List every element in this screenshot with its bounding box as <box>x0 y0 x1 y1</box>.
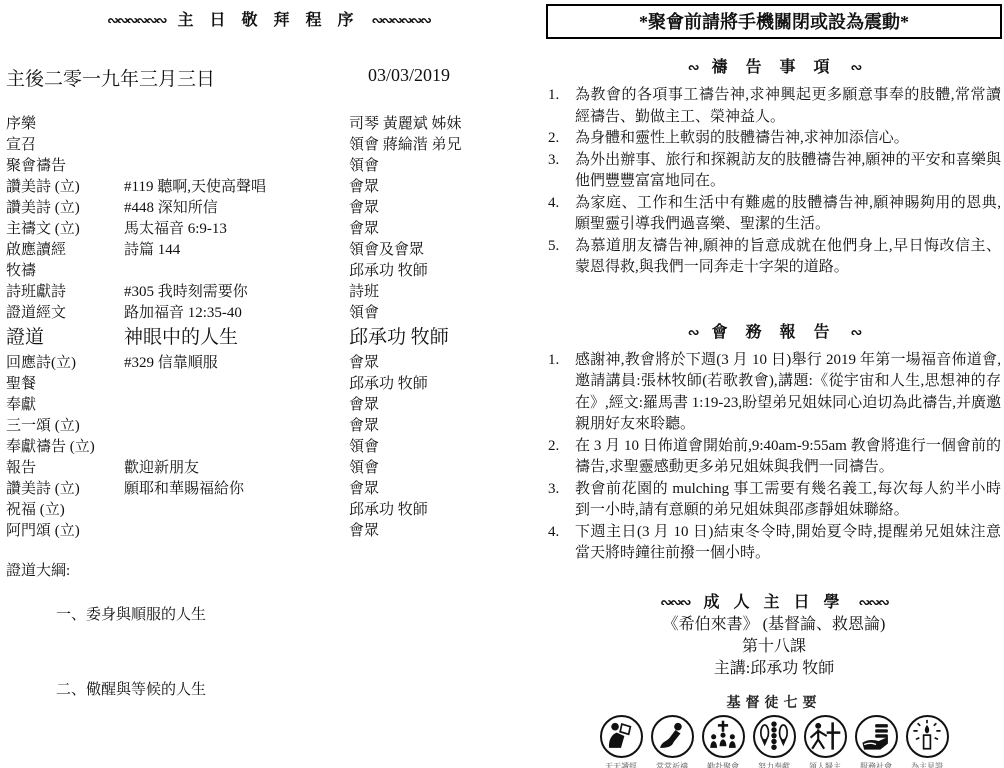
essential-label: 勤赴聚會 <box>707 761 739 768</box>
program-person: 詩班 <box>349 282 537 303</box>
offering-icon <box>753 715 796 758</box>
ornament-left-icon: ∾∾∾ <box>660 595 689 611</box>
program-row-sermon: 證道神眼中的人生邱承功 牧師 <box>0 324 537 353</box>
program-person: 邱承功 牧師 <box>349 324 537 353</box>
essential-label: 努力奉獻 <box>758 761 790 768</box>
ornament-right-icon: ∾ <box>851 60 861 76</box>
essential-label: 天天讀經 <box>605 761 637 768</box>
program-item: 讚美詩 (立) <box>0 479 124 500</box>
program-row: 讚美詩 (立)#119 聽啊,天使高聲唱會眾 <box>0 177 537 198</box>
program-item: 阿門頌 (立) <box>0 521 124 542</box>
program-song <box>124 114 349 135</box>
witness-icon <box>906 715 949 758</box>
announcements-list: 1.感謝神,教會將於下週(3 月 10 日)舉行 2019 年第一場福音佈道會,… <box>546 350 1002 565</box>
essential-item: 為主見證 <box>904 715 951 768</box>
program-person: 會眾 <box>349 219 537 240</box>
program-person: 領會及會眾 <box>349 240 537 261</box>
program-item: 讚美詩 (立) <box>0 198 124 219</box>
program-song <box>124 521 349 542</box>
ornament-right-icon: ∾ <box>851 325 861 341</box>
prayer-item: 3.為外出辦事、旅行和探親訪友的肢體禱告神,願神的平安和喜樂與他們豐豐富富地同在… <box>546 150 1002 193</box>
program-row: 宣召領會 蔣綸湝 弟兄 <box>0 135 537 156</box>
program-song: #448 深知所信 <box>124 198 349 219</box>
program-item: 祝福 (立) <box>0 500 124 521</box>
program-row: 詩班獻詩#305 我時刻需要你詩班 <box>0 282 537 303</box>
date-numeric: 03/03/2019 <box>368 65 450 86</box>
program-item: 奉獻禱告 (立) <box>0 437 124 458</box>
program-song: 願耶和華賜福給你 <box>124 479 349 500</box>
essential-item: 服務社會 <box>853 715 900 768</box>
ornament-right-icon: ∾∾∾∾∾∾ <box>372 13 430 29</box>
prayer-heading-text: 禱 告 事 項 <box>711 59 836 76</box>
program-person: 會眾 <box>349 177 537 198</box>
announcement-item: 3.教會前花園的 mulching 事工需要有幾名義工,每次每人約半小時到一小時… <box>546 479 1002 522</box>
ornament-right-icon: ∾∾∾ <box>859 595 888 611</box>
program-song <box>124 416 349 437</box>
program-item: 宣召 <box>0 135 124 156</box>
item-text: 在 3 月 10 日佈道會開始前,9:40am-9:55am 教會將進行一個會前… <box>575 436 1002 479</box>
reading-icon <box>600 715 643 758</box>
program-item: 牧禱 <box>0 261 124 282</box>
item-text: 為家庭、工作和生活中有難處的肢體禱告神,願神賜夠用的恩典,願聖靈引導我們過喜樂、… <box>575 193 1002 236</box>
program-row: 奉獻禱告 (立)領會 <box>0 437 537 458</box>
essential-label: 領人歸主 <box>809 761 841 768</box>
program-person: 領會 <box>349 458 537 479</box>
prayer-list: 1.為教會的各項事工禱告神,求神興起更多願意事奉的肢體,常常讀經禱告、勤做主工、… <box>546 85 1002 279</box>
program-person: 會眾 <box>349 395 537 416</box>
program-row: 回應詩(立)#329 信靠順服會眾 <box>0 353 537 374</box>
leading-icon <box>804 715 847 758</box>
item-number: 1. <box>546 85 575 128</box>
essential-label: 服務社會 <box>860 761 892 768</box>
program-person: 會眾 <box>349 479 537 500</box>
program-song <box>124 395 349 416</box>
program-item: 聖餐 <box>0 374 124 395</box>
essential-label: 為主見證 <box>911 761 943 768</box>
essential-item: 勤赴聚會 <box>700 715 747 768</box>
worship-program-column: ∾∾∾∾∾∾ 主 日 敬 拜 程 序 ∾∾∾∾∾∾ 主後二零一九年三月三日 03… <box>0 0 537 699</box>
program-list: 序樂司琴 黃麗斌 姊妹 宣召領會 蔣綸湝 弟兄 聚會禱告領會 讚美詩 (立)#1… <box>0 114 537 542</box>
program-row: 序樂司琴 黃麗斌 姊妹 <box>0 114 537 135</box>
program-person: 會眾 <box>349 353 537 374</box>
prayer-item: 1.為教會的各項事工禱告神,求神興起更多願意事奉的肢體,常常讀經禱告、勤做主工、… <box>546 85 1002 128</box>
item-number: 3. <box>546 150 575 193</box>
program-person: 領會 <box>349 303 537 324</box>
program-row: 主禱文 (立)馬太福音 6:9-13會眾 <box>0 219 537 240</box>
program-row: 牧禱邱承功 牧師 <box>0 261 537 282</box>
ornament-left-icon: ∾ <box>688 60 698 76</box>
program-row: 啟應讀經詩篇 144領會及會眾 <box>0 240 537 261</box>
praying-icon <box>651 715 694 758</box>
program-row: 報告歡迎新朋友領會 <box>0 458 537 479</box>
program-song: 路加福音 12:35-40 <box>124 303 349 324</box>
prayer-section-heading: ∾ 禱 告 事 項 ∾ <box>546 54 1002 77</box>
essential-item: 努力奉獻 <box>751 715 798 768</box>
sunday-school-book: 《希伯來書》 (基督論、救恩論) <box>546 614 1002 636</box>
essential-item: 天天讀經 <box>598 715 645 768</box>
program-item: 啟應讀經 <box>0 240 124 261</box>
item-number: 5. <box>546 236 575 279</box>
date-row: 主後二零一九年三月三日 03/03/2019 <box>0 64 537 90</box>
ornament-left-icon: ∾∾∾∾∾∾ <box>107 13 165 29</box>
announcements-column: *聚會前請將手機關閉或設為震動* ∾ 禱 告 事 項 ∾ 1.為教會的各項事工禱… <box>546 0 1002 768</box>
program-row: 祝福 (立)邱承功 牧師 <box>0 500 537 521</box>
item-text: 下週主日(3 月 10 日)結束冬令時,開始夏令時,提醒弟兄姐妹注意當天將時鐘往… <box>575 522 1002 565</box>
program-row: 證道經文路加福音 12:35-40領會 <box>0 303 537 324</box>
program-row: 奉獻會眾 <box>0 395 537 416</box>
program-item: 詩班獻詩 <box>0 282 124 303</box>
item-text: 為教會的各項事工禱告神,求神興起更多願意事奉的肢體,常常讀經禱告、勤做主工、榮神… <box>575 85 1002 128</box>
program-row: 聖餐邱承功 牧師 <box>0 374 537 395</box>
program-song <box>124 135 349 156</box>
seven-essentials-title: 基督徒七要 <box>546 692 1002 712</box>
program-song: #119 聽啊,天使高聲唱 <box>124 177 349 198</box>
gathering-icon <box>702 715 745 758</box>
bulletin-page: ∾∾∾∾∾∾ 主 日 敬 拜 程 序 ∾∾∾∾∾∾ 主後二零一九年三月三日 03… <box>0 0 1004 768</box>
essential-item: 常常祈禱 <box>649 715 696 768</box>
program-song: #329 信靠順服 <box>124 353 349 374</box>
sermon-outline-point-1: 一、委身與順服的人生 <box>0 603 537 624</box>
program-item: 證道經文 <box>0 303 124 324</box>
sunday-school-title: 成 人 主 日 學 <box>703 594 844 611</box>
item-number: 1. <box>546 350 575 436</box>
item-number: 2. <box>546 436 575 479</box>
item-text: 為慕道朋友禱告神,願神的旨意成就在他們身上,早日悔改信主、蒙恩得救,與我們一同奔… <box>575 236 1002 279</box>
program-item: 讚美詩 (立) <box>0 177 124 198</box>
page-title-text: 主 日 敬 拜 程 序 <box>177 12 359 29</box>
item-text: 感謝神,教會將於下週(3 月 10 日)舉行 2019 年第一場福音佈道會,邀請… <box>575 350 1002 436</box>
page-title: ∾∾∾∾∾∾ 主 日 敬 拜 程 序 ∾∾∾∾∾∾ <box>0 7 537 30</box>
program-item: 報告 <box>0 458 124 479</box>
sermon-outline-heading: 證道大綱: <box>0 559 537 580</box>
program-person: 司琴 黃麗斌 姊妹 <box>349 114 537 135</box>
announcement-item: 2.在 3 月 10 日佈道會開始前,9:40am-9:55am 教會將進行一個… <box>546 436 1002 479</box>
program-song <box>124 500 349 521</box>
program-song <box>124 156 349 177</box>
program-row: 讚美詩 (立)願耶和華賜福給你會眾 <box>0 479 537 500</box>
program-row: 聚會禱告領會 <box>0 156 537 177</box>
announcement-item: 1.感謝神,教會將於下週(3 月 10 日)舉行 2019 年第一場福音佈道會,… <box>546 350 1002 436</box>
serving-icon <box>855 715 898 758</box>
program-person: 會眾 <box>349 198 537 219</box>
program-person: 領會 <box>349 437 537 458</box>
program-person: 邱承功 牧師 <box>349 261 537 282</box>
program-song <box>124 261 349 282</box>
phone-notice-text: *聚會前請將手機關閉或設為震動* <box>639 12 909 32</box>
program-item: 序樂 <box>0 114 124 135</box>
program-person: 邱承功 牧師 <box>349 500 537 521</box>
sunday-school-lesson: 第十八課 <box>546 636 1002 658</box>
program-song: 歡迎新朋友 <box>124 458 349 479</box>
seven-essentials-block: 基督徒七要 天天讀經 <box>546 692 1002 768</box>
sunday-school-heading: ∾∾∾ 成 人 主 日 學 ∾∾∾ <box>546 592 1002 614</box>
essential-label: 常常祈禱 <box>656 761 688 768</box>
announcements-section-heading: ∾ 會 務 報 告 ∾ <box>546 319 1002 342</box>
program-person: 會眾 <box>349 416 537 437</box>
item-number: 4. <box>546 193 575 236</box>
item-number: 3. <box>546 479 575 522</box>
item-text: 為身體和靈性上軟弱的肢體禱告神,求神加添信心。 <box>575 128 1002 150</box>
program-item: 證道 <box>0 324 124 353</box>
prayer-item: 2.為身體和靈性上軟弱的肢體禱告神,求神加添信心。 <box>546 128 1002 150</box>
program-song <box>124 374 349 395</box>
program-person: 會眾 <box>349 521 537 542</box>
program-song: 詩篇 144 <box>124 240 349 261</box>
program-item: 回應詩(立) <box>0 353 124 374</box>
item-text: 為外出辦事、旅行和探親訪友的肢體禱告神,願神的平安和喜樂與他們豐豐富富地同在。 <box>575 150 1002 193</box>
date-chinese: 主後二零一九年三月三日 <box>6 69 215 90</box>
program-person: 領會 <box>349 156 537 177</box>
seven-essentials-icons: 天天讀經 常常祈禱 <box>546 715 1002 768</box>
program-item: 聚會禱告 <box>0 156 124 177</box>
program-row: 三一頌 (立)會眾 <box>0 416 537 437</box>
program-person: 邱承功 牧師 <box>349 374 537 395</box>
program-row: 阿門頌 (立)會眾 <box>0 521 537 542</box>
ornament-left-icon: ∾ <box>688 325 698 341</box>
program-item: 三一頌 (立) <box>0 416 124 437</box>
announcement-item: 4.下週主日(3 月 10 日)結束冬令時,開始夏令時,提醒弟兄姐妹注意當天將時… <box>546 522 1002 565</box>
program-person: 領會 蔣綸湝 弟兄 <box>349 135 537 156</box>
essential-item: 領人歸主 <box>802 715 849 768</box>
program-song: #305 我時刻需要你 <box>124 282 349 303</box>
phone-notice-box: *聚會前請將手機關閉或設為震動* <box>546 4 1002 39</box>
sunday-school-teacher: 主講:邱承功 牧師 <box>546 658 1002 680</box>
sermon-outline-point-2: 二、儆醒與等候的人生 <box>0 678 537 699</box>
item-number: 2. <box>546 128 575 150</box>
program-song: 馬太福音 6:9-13 <box>124 219 349 240</box>
program-item: 主禱文 (立) <box>0 219 124 240</box>
program-song <box>124 437 349 458</box>
announcements-heading-text: 會 務 報 告 <box>711 324 836 341</box>
program-item: 奉獻 <box>0 395 124 416</box>
item-number: 4. <box>546 522 575 565</box>
sunday-school-block: ∾∾∾ 成 人 主 日 學 ∾∾∾ 《希伯來書》 (基督論、救恩論) 第十八課 … <box>546 592 1002 680</box>
program-row: 讚美詩 (立)#448 深知所信會眾 <box>0 198 537 219</box>
prayer-item: 5.為慕道朋友禱告神,願神的旨意成就在他們身上,早日悔改信主、蒙恩得救,與我們一… <box>546 236 1002 279</box>
item-text: 教會前花園的 mulching 事工需要有幾名義工,每次每人約半小時到一小時,請… <box>575 479 1002 522</box>
prayer-item: 4.為家庭、工作和生活中有難處的肢體禱告神,願神賜夠用的恩典,願聖靈引導我們過喜… <box>546 193 1002 236</box>
program-song: 神眼中的人生 <box>124 324 349 353</box>
